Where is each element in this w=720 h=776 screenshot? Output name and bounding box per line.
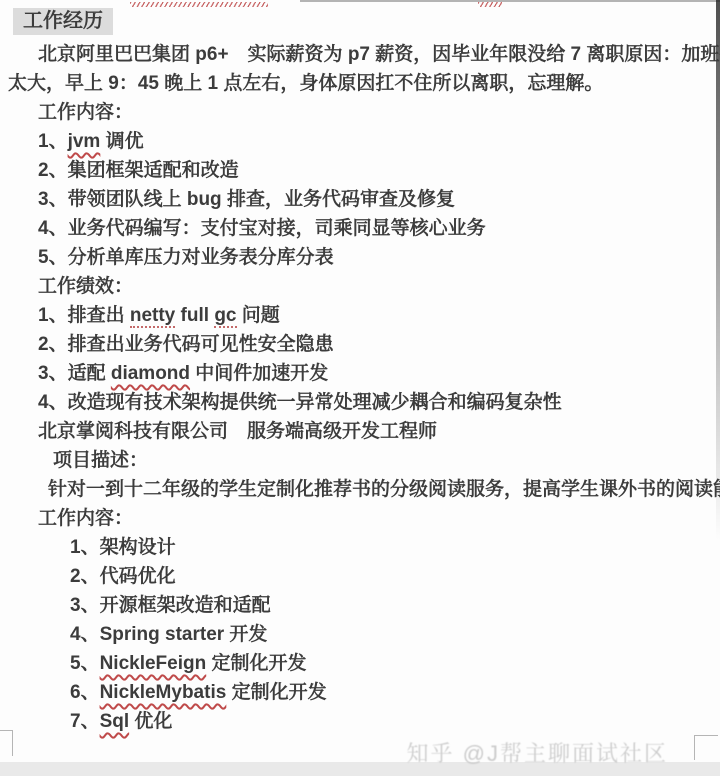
list-item: 2、代码优化 <box>8 562 708 591</box>
list-item: 3、开源框架改造和适配 <box>8 591 708 620</box>
misspelled-word: gc <box>214 305 236 328</box>
spellcheck-squiggle-fragment <box>478 2 502 7</box>
intro-paragraph-line: 太大，早上 9：45 晚上 1 点左右，身体原因扛不住所以离职，忘理解。 <box>8 69 708 98</box>
project-description-text: 针对一到十二年级的学生定制化推荐书的分级阅读服务，提高学生课外书的阅读能力。 <box>8 475 708 504</box>
list-item-text: 中间件加速开发 <box>190 363 328 384</box>
list-item: 6、NickleMybatis 定制化开发 <box>8 678 708 707</box>
list-item-text: 3、适配 <box>38 363 111 384</box>
list-item-text: 定制化开发 <box>206 653 306 674</box>
screenshot-top-edge <box>300 0 720 2</box>
zhihu-watermark: 知乎 @J帮主聊面试社区 <box>407 737 668 768</box>
misspelled-word: Sql <box>100 711 130 732</box>
text-boundary-corner-mark <box>0 730 13 756</box>
misspelled-word: NickleMybatis <box>100 682 227 703</box>
misspelled-word: diamond <box>111 363 190 384</box>
list-item: 1、jvm 调优 <box>8 127 708 156</box>
list-item: 1、架构设计 <box>8 533 708 562</box>
work-content-label: 工作内容： <box>8 98 708 127</box>
list-item: 2、集团框架适配和改造 <box>8 156 708 185</box>
screenshot-right-edge <box>716 0 720 540</box>
list-item-text: 问题 <box>237 305 280 326</box>
text-boundary-corner-mark <box>694 735 718 760</box>
misspelled-word: jvm <box>68 131 101 152</box>
list-item: 3、带领团队线上 bug 排查，业务代码审查及修复 <box>8 185 708 214</box>
company-title: 北京掌阅科技有限公司 服务端高级开发工程师 <box>8 417 708 446</box>
list-item-text: 调优 <box>100 131 143 152</box>
list-item-text: 5、 <box>70 653 100 674</box>
project-description-label: 项目描述： <box>8 446 708 475</box>
document-page: 工作经历 北京阿里巴巴集团 p6+ 实际薪资为 p7 薪资，因毕业年限没给 7 … <box>0 0 720 776</box>
list-item: 4、改造现有技术架构提供统一异常处理减少耦合和编码复杂性 <box>8 388 708 417</box>
list-item-text: full <box>175 305 214 326</box>
list-item-text: 6、 <box>70 682 100 703</box>
intro-paragraph-line: 北京阿里巴巴集团 p6+ 实际薪资为 p7 薪资，因毕业年限没给 7 离职原因：… <box>8 40 708 69</box>
list-item-text: 1、排查出 <box>38 305 130 326</box>
list-item: 2、排查出业务代码可见性安全隐患 <box>8 330 708 359</box>
list-item-text: 7、 <box>70 711 100 732</box>
list-item: 7、Sql 优化 <box>8 707 708 736</box>
spellcheck-squiggle-fragment <box>130 2 268 7</box>
list-item: 5、NickleFeign 定制化开发 <box>8 649 708 678</box>
document-body: 北京阿里巴巴集团 p6+ 实际薪资为 p7 薪资，因毕业年限没给 7 离职原因：… <box>8 40 708 736</box>
misspelled-word: netty <box>130 305 175 328</box>
section-heading: 工作经历 <box>13 8 113 35</box>
work-results-label: 工作绩效： <box>8 272 708 301</box>
list-item: 5、分析单库压力对业务表分库分表 <box>8 243 708 272</box>
list-item: 4、业务代码编写：支付宝对接，司乘同显等核心业务 <box>8 214 708 243</box>
list-item: 3、适配 diamond 中间件加速开发 <box>8 359 708 388</box>
list-item: 1、排查出 netty full gc 问题 <box>8 301 708 330</box>
list-item-text: 1、 <box>38 131 68 152</box>
work-content-label: 工作内容： <box>8 504 708 533</box>
list-item-text: 定制化开发 <box>226 682 326 703</box>
list-item: 4、Spring starter 开发 <box>8 620 708 649</box>
resume-document: 工作经历 北京阿里巴巴集团 p6+ 实际薪资为 p7 薪资，因毕业年限没给 7 … <box>8 8 708 736</box>
misspelled-word: NickleFeign <box>100 653 207 674</box>
list-item-text: 优化 <box>129 711 172 732</box>
